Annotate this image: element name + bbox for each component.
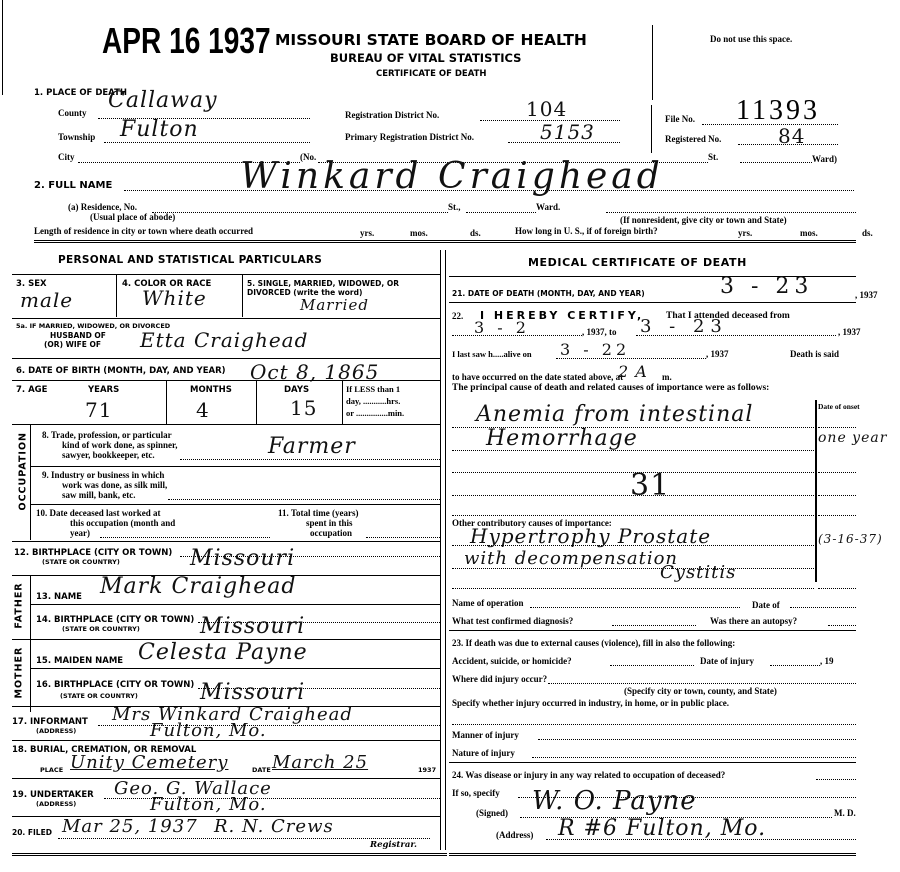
reserved-note: Do not use this space. [710, 34, 792, 44]
other-cause-line-2: with decompensation [464, 548, 678, 569]
less-than-day-label: If LESS than 1 [346, 384, 400, 394]
if-so-label: If so, specify [452, 788, 500, 798]
sex-value: male [20, 288, 73, 312]
length-residence-label: Length of residence in city or town wher… [34, 226, 253, 236]
wife-of-label: (OR) WIFE OF [44, 340, 101, 349]
onset-header: Date of onset [818, 402, 860, 411]
township-value: Fulton [120, 117, 199, 142]
min-label: or ...............min. [346, 408, 404, 418]
spouse-value: Etta Craighead [140, 328, 308, 352]
certify-number: 22. [452, 311, 463, 321]
specify-injury-label: Specify whether injury occurred in indus… [452, 698, 729, 708]
mother-name-value: Celesta Payne [138, 640, 308, 665]
test-label: What test confirmed diagnosis? [452, 616, 573, 626]
last-saw-value: 3 - 22 [560, 340, 630, 359]
industry-label: 9. Industry or business in which [42, 470, 164, 480]
date-of-death-label: 21. DATE OF DEATH (MONTH, DAY, AND YEAR) [452, 289, 645, 298]
last-saw-label: I last saw h.....alive on [452, 349, 532, 359]
address-label: (Address) [496, 830, 533, 840]
primary-registration-value: 5153 [540, 120, 595, 144]
burial-year: 1937 [418, 766, 436, 774]
residence-st-label: St., [448, 202, 461, 212]
residence-sublabel: (Usual place of abode) [90, 212, 175, 222]
industry-label-2: work was done, as silk mill, [62, 480, 167, 490]
onset-column-divider [815, 400, 817, 582]
age-months-value: 4 [196, 398, 210, 422]
burial-place-value: Unity Cemetery [70, 752, 228, 773]
signed-label: (Signed) [476, 808, 508, 818]
medical-section-title: MEDICAL CERTIFICATE OF DEATH [528, 256, 747, 269]
age-days-value: 15 [290, 396, 317, 420]
last-saw-year: , 1937 [706, 349, 729, 359]
age-years-value: 71 [85, 398, 112, 422]
date-of-operation-label: Date of [752, 600, 780, 610]
days-label: DAYS [284, 385, 309, 395]
accident-label: Accident, suicide, or homicide? [452, 656, 572, 666]
burial-date-label: DATE [252, 766, 271, 774]
city-label: City [58, 152, 75, 162]
mos-label: mos. [410, 228, 428, 238]
birthplace-label: 12. BIRTHPLACE (CITY OR TOWN) [14, 548, 172, 558]
death-said-label: Death is said [790, 349, 839, 359]
file-no-value: 11393 [736, 95, 820, 127]
bureau-title: BUREAU OF VITAL STATISTICS [330, 51, 521, 65]
father-name-value: Mark Craighead [100, 574, 296, 599]
board-title: MISSOURI STATE BOARD OF HEALTH [275, 31, 587, 49]
full-name-value: Winkard Craighead [240, 156, 664, 197]
mother-name-label: 15. MAIDEN NAME [36, 656, 123, 666]
registered-no-value: 84 [778, 124, 805, 148]
total-time-label-3: occupation [310, 528, 352, 538]
father-name-label: 13. NAME [36, 592, 82, 602]
township-label: Township [58, 132, 95, 142]
trade-label-2: kind of work done, as spinner, [62, 440, 177, 450]
where-injury-sublabel: (Specify city or town, county, and State… [624, 686, 777, 696]
dob-label: 6. DATE OF BIRTH (MONTH, DAY, AND YEAR) [16, 366, 226, 376]
last-worked-label-2: this occupation (month and [70, 518, 175, 528]
trade-label-3: sawyer, bookkeeper, etc. [62, 450, 155, 460]
attended-from-value: 3 - 2 [474, 318, 530, 337]
months-label: MONTHS [190, 385, 232, 395]
undertaker-label: 19. UNDERTAKER [12, 790, 94, 800]
registrar-label: Registrar. [370, 840, 417, 850]
registration-district-label: Registration District No. [345, 110, 439, 120]
registration-district-value: 104 [526, 97, 567, 121]
informant-label: 17. INFORMANT [12, 717, 88, 727]
filed-date-value: Mar 25, 1937 [62, 816, 198, 837]
date-of-death-year: , 1937 [855, 290, 878, 300]
informant-address-label: (ADDRESS) [36, 727, 76, 735]
attended-to-year: , 1937 [838, 327, 861, 337]
total-time-label-2: spent in this [306, 518, 353, 528]
certificate-title: CERTIFICATE OF DEATH [376, 69, 487, 79]
last-worked-label-3: year) [70, 528, 90, 538]
yrs-label: yrs. [360, 228, 374, 238]
attended-to-value: 3 - 23 [640, 316, 728, 337]
margin-annotation: 31 [630, 468, 670, 503]
years-label: YEARS [88, 385, 119, 395]
mother-birthplace-sublabel: (STATE OR COUNTRY) [60, 692, 138, 700]
industry-label-3: saw mill, bank, etc. [62, 490, 136, 500]
birthplace-sublabel: (STATE OR COUNTRY) [42, 558, 120, 566]
county-value: Callaway [108, 88, 218, 113]
registrar-value: R. N. Crews [214, 816, 334, 837]
mother-birthplace-value: Missouri [200, 680, 305, 705]
md-label: M. D. [834, 808, 856, 818]
marital-label: 5. SINGLE, MARRIED, WIDOWED, OR DIVORCED… [247, 279, 437, 297]
column-divider [440, 250, 441, 850]
street-label: St. [708, 152, 718, 162]
burial-place-label: PLACE [40, 766, 63, 774]
age-label: 7. AGE [16, 385, 47, 395]
mother-section-label: MOTHER [14, 649, 25, 699]
onset-value-1: one year [818, 430, 887, 446]
physician-signature: W. O. Payne [532, 786, 697, 816]
principal-cause-label: The principal cause of death and related… [452, 383, 769, 393]
autopsy-label: Was there an autopsy? [710, 616, 797, 626]
birthplace-value: Missouri [190, 546, 295, 571]
burial-date-value: March 25 [272, 752, 368, 773]
physician-address: R #6 Fulton, Mo. [558, 816, 766, 841]
ds-label: ds. [470, 228, 481, 238]
injury-year: , 19 [820, 656, 834, 666]
father-section-label: FATHER [14, 581, 25, 631]
full-name-label: 2. FULL NAME [34, 180, 112, 191]
reserved-divider [652, 25, 653, 100]
occupation-section-label: OCCUPATION [18, 441, 29, 511]
father-birthplace-sublabel: (STATE OR COUNTRY) [62, 625, 140, 633]
last-worked-label: 10. Date deceased last worked at [36, 508, 160, 518]
other-cause-line-1: Hypertrophy Prostate [470, 524, 711, 548]
personal-section-title: PERSONAL AND STATISTICAL PARTICULARS [58, 254, 322, 266]
undertaker-address-value: Fulton, Mo. [150, 794, 267, 815]
race-value: White [142, 286, 207, 310]
hrs-label: day, ...........hrs. [346, 396, 400, 406]
received-date-stamp: APR 16 1937 [102, 20, 271, 62]
occurred-time-value: 2 A [618, 362, 648, 381]
cause-line-2: Hemorrhage [486, 426, 638, 451]
attended-from-year: , 1937, to [582, 327, 617, 337]
mother-birthplace-label: 16. BIRTHPLACE (CITY OR TOWN) [36, 680, 194, 690]
section-divider [34, 240, 856, 243]
trade-label: 8. Trade, profession, or particular [42, 430, 172, 440]
operation-label: Name of operation [452, 598, 524, 608]
file-no-label: File No. [665, 114, 695, 124]
ward-label: Ward) [812, 154, 837, 164]
external-causes-label: 23. If death was due to external causes … [452, 638, 735, 648]
nature-injury-label: Nature of injury [452, 748, 515, 758]
where-injury-label: Where did injury occur? [452, 674, 547, 684]
father-birthplace-label: 14. BIRTHPLACE (CITY OR TOWN) [36, 615, 194, 625]
residence-label: (a) Residence, No. [68, 202, 137, 212]
manner-injury-label: Manner of injury [452, 730, 519, 740]
occupation-value: Farmer [268, 434, 356, 459]
marital-value: Married [300, 296, 369, 314]
registered-no-label: Registered No. [665, 134, 721, 144]
foreign-birth-label: How long in U. S., if of foreign birth? [515, 226, 658, 236]
cause-line-1: Anemia from intestinal [476, 402, 753, 427]
residence-ward-label: Ward. [536, 202, 560, 212]
other-cause-line-3: Cystitis [660, 562, 736, 583]
injury-date-label: Date of injury [700, 656, 754, 666]
left-border [2, 0, 3, 95]
county-label: County [58, 108, 87, 118]
nonresident-note: (If nonresident, give city or town and S… [620, 215, 787, 225]
foreign-mos-label: mos. [800, 228, 818, 238]
primary-registration-label: Primary Registration District No. [345, 132, 474, 142]
undertaker-address-label: (ADDRESS) [36, 800, 76, 808]
occurred-m-label: m. [662, 372, 672, 382]
date-of-death-value: 3 - 23 [720, 274, 813, 299]
occurred-label: to have occurred on the date stated abov… [452, 372, 623, 382]
foreign-yrs-label: yrs. [738, 228, 752, 238]
foreign-ds-label: ds. [862, 228, 873, 238]
filed-label: 20. FILED [12, 828, 52, 837]
other-onset-value: (3-16-37) [818, 532, 883, 546]
informant-address-value: Fulton, Mo. [150, 720, 267, 741]
total-time-label: 11. Total time (years) [278, 508, 359, 518]
father-birthplace-value: Missouri [200, 614, 305, 639]
husband-of-label: HUSBAND OF [50, 331, 106, 340]
occupation-related-label: 24. Was disease or injury in any way rel… [452, 770, 725, 780]
